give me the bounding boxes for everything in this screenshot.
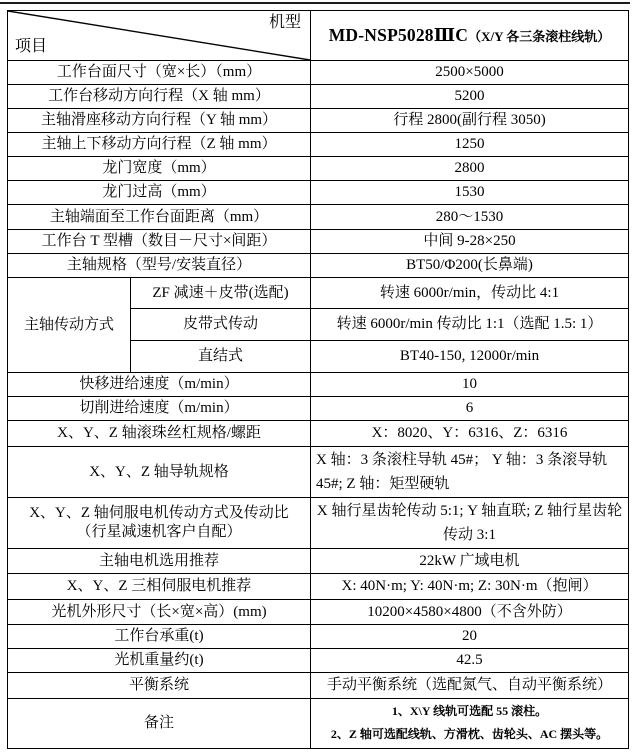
machine-dimensions-label: 光机外形尺寸（长×宽×高）(mm) (8, 600, 311, 625)
ballscrew-spec-value: X：8020、Y：6316、Z：6316 (311, 421, 629, 447)
row-rapid-feed: 快移进给速度（m/min） 10 (8, 373, 629, 397)
worktable-size-label: 工作台面尺寸（宽×长）（mm） (8, 61, 311, 85)
row-servo-motor: X、Y、Z 三相伺服电机推荐 X: 40N·m; Y: 40N·m; Z: 30… (8, 574, 629, 600)
spindle-drive-group-label: 主轴传动方式 (8, 278, 131, 373)
remarks-label: 备注 (8, 699, 311, 749)
row-worktable-size: 工作台面尺寸（宽×长）（mm） 2500×5000 (8, 61, 629, 85)
servo-motor-value: X: 40N·m; Y: 40N·m; Z: 30N·m（抱闸） (311, 574, 629, 600)
spindle-drive-direct-value: BT40-150, 12000r/min (311, 341, 629, 373)
row-spindle-motor: 主轴电机选用推荐 22kW 广域电机 (8, 549, 629, 574)
row-remarks: 备注 1、X\Y 线轨可选配 55 滚柱。 2、Z 轴可选配线轨、方滑枕、齿轮头… (8, 699, 629, 749)
row-machine-weight: 光机重量约(t) 42.5 (8, 649, 629, 673)
servo-motor-label: X、Y、Z 三相伺服电机推荐 (8, 574, 311, 600)
gantry-width-label: 龙门宽度（mm） (8, 157, 311, 181)
model-note: （X/Y 各三条滚柱线轨） (468, 29, 610, 44)
row-table-load: 工作台承重(t) 20 (8, 625, 629, 649)
x-travel-value: 5200 (311, 85, 629, 109)
rapid-feed-value: 10 (311, 373, 629, 397)
row-x-travel: 工作台移动方向行程（X 轴 mm） 5200 (8, 85, 629, 109)
header-machine-type-label: 机型 (269, 13, 301, 33)
x-travel-label: 工作台移动方向行程（X 轴 mm） (8, 85, 311, 109)
cutting-feed-label: 切削进给速度（m/min） (8, 397, 311, 421)
model-header-cell: MD-NSP5028ⅢC（X/Y 各三条滚柱线轨） (311, 11, 629, 61)
diagonal-divider-line (8, 11, 310, 60)
spindle-drive-zf-value: 转速 6000r/min，传动比 4:1 (311, 278, 629, 309)
row-y-travel: 主轴滑座移动方向行程（Y 轴 mm） 行程 2800(副行程 3050) (8, 109, 629, 133)
servo-transmission-value: X 轴行星齿轮传动 5:1; Y 轴直联; Z 轴行星齿轮传动 3:1 (311, 498, 629, 549)
spindle-drive-zf-label: ZF 减速＋皮带(选配) (131, 278, 311, 309)
rapid-feed-label: 快移进给速度（m/min） (8, 373, 311, 397)
gantry-width-value: 2800 (311, 157, 629, 181)
spindle-to-table-label: 主轴端面至工作台面距离（mm） (8, 205, 311, 230)
gantry-clearance-label: 龙门过高（mm） (8, 181, 311, 205)
row-gantry-clearance: 龙门过高（mm） 1530 (8, 181, 629, 205)
balance-system-label: 平衡系统 (8, 673, 311, 699)
z-travel-value: 1250 (311, 133, 629, 157)
remarks-value: 1、X\Y 线轨可选配 55 滚柱。 2、Z 轴可选配线轨、方滑枕、齿轮头、AC… (311, 699, 629, 749)
balance-system-value: 手动平衡系统（选配氮气、自动平衡系统） (311, 673, 629, 699)
row-servo-transmission: X、Y、Z 轴伺服电机传动方式及传动比 （行星减速机客户自配） X 轴行星齿轮传… (8, 498, 629, 549)
spindle-spec-label: 主轴规格（型号/安装直径） (8, 254, 311, 278)
header-row: 机型 项目 MD-NSP5028ⅢC（X/Y 各三条滚柱线轨） (8, 11, 629, 61)
t-slot-value: 中间 9-28×250 (311, 230, 629, 254)
page-top-rule (0, 2, 630, 4)
spindle-to-table-value: 280～1530 (311, 205, 629, 230)
row-spindle-to-table: 主轴端面至工作台面距离（mm） 280～1530 (8, 205, 629, 230)
header-item-label: 项目 (15, 37, 47, 57)
table-load-value: 20 (311, 625, 629, 649)
machine-weight-label: 光机重量约(t) (8, 649, 311, 673)
machine-spec-table: 机型 项目 MD-NSP5028ⅢC（X/Y 各三条滚柱线轨） 工作台面尺寸（宽… (7, 10, 629, 749)
row-machine-dimensions: 光机外形尺寸（长×宽×高）(mm) 10200×4580×4800（不含外防） (8, 600, 629, 625)
model-name: MD-NSP5028ⅢC (329, 25, 468, 45)
row-z-travel: 主轴上下移动方向行程（Z 轴 mm） 1250 (8, 133, 629, 157)
row-gantry-width: 龙门宽度（mm） 2800 (8, 157, 629, 181)
spindle-drive-direct-label: 直结式 (131, 341, 311, 373)
spindle-motor-label: 主轴电机选用推荐 (8, 549, 311, 574)
table-load-label: 工作台承重(t) (8, 625, 311, 649)
machine-dimensions-value: 10200×4580×4800（不含外防） (311, 600, 629, 625)
ballscrew-spec-label: X、Y、Z 轴滚珠丝杠规格/螺距 (8, 421, 311, 447)
guideway-spec-label: X、Y、Z 轴导轨规格 (8, 447, 311, 498)
y-travel-label: 主轴滑座移动方向行程（Y 轴 mm） (8, 109, 311, 133)
z-travel-label: 主轴上下移动方向行程（Z 轴 mm） (8, 133, 311, 157)
row-spindle-drive-zf: 主轴传动方式 ZF 减速＋皮带(选配) 转速 6000r/min，传动比 4:1 (8, 278, 629, 309)
row-balance-system: 平衡系统 手动平衡系统（选配氮气、自动平衡系统） (8, 673, 629, 699)
servo-transmission-label: X、Y、Z 轴伺服电机传动方式及传动比 （行星减速机客户自配） (8, 498, 311, 549)
spindle-drive-belt-value: 转速 6000r/min 传动比 1:1（选配 1.5: 1） (311, 309, 629, 341)
row-spindle-spec: 主轴规格（型号/安装直径） BT50/Φ200(长鼻端) (8, 254, 629, 278)
diagonal-header-cell: 机型 项目 (8, 11, 311, 61)
row-cutting-feed: 切削进给速度（m/min） 6 (8, 397, 629, 421)
spindle-motor-value: 22kW 广域电机 (311, 549, 629, 574)
gantry-clearance-value: 1530 (311, 181, 629, 205)
row-ballscrew-spec: X、Y、Z 轴滚珠丝杠规格/螺距 X：8020、Y：6316、Z：6316 (8, 421, 629, 447)
t-slot-label: 工作台 T 型槽（数目－尺寸×间距） (8, 230, 311, 254)
spindle-spec-value: BT50/Φ200(长鼻端) (311, 254, 629, 278)
machine-weight-value: 42.5 (311, 649, 629, 673)
guideway-spec-value: X 轴：3 条滚柱导轨 45#； Y 轴：3 条滚导轨 45#; Z 轴：矩型硬… (311, 447, 629, 498)
row-t-slot: 工作台 T 型槽（数目－尺寸×间距） 中间 9-28×250 (8, 230, 629, 254)
y-travel-value: 行程 2800(副行程 3050) (311, 109, 629, 133)
spindle-drive-belt-label: 皮带式传动 (131, 309, 311, 341)
cutting-feed-value: 6 (311, 397, 629, 421)
spec-sheet-page: 机型 项目 MD-NSP5028ⅢC（X/Y 各三条滚柱线轨） 工作台面尺寸（宽… (0, 0, 636, 753)
row-guideway-spec: X、Y、Z 轴导轨规格 X 轴：3 条滚柱导轨 45#； Y 轴：3 条滚导轨 … (8, 447, 629, 498)
worktable-size-value: 2500×5000 (311, 61, 629, 85)
